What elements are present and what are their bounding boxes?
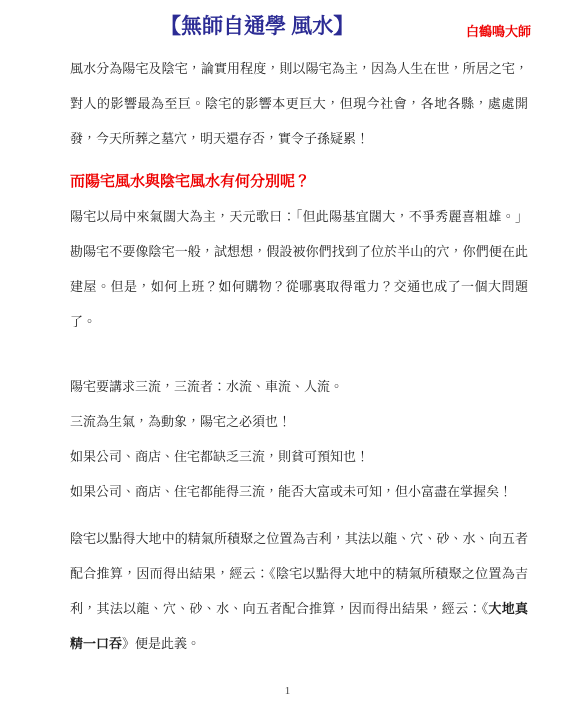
- paragraph-three-flows-4: 如果公司、商店、住宅都能得三流，能否大富或未可知，但小富盡在掌握矣！: [70, 474, 528, 509]
- page-title: 【無師自通學 風水】: [160, 12, 354, 40]
- paragraph-intro: 風水分為陽宅及陰宅，論實用程度，則以陽宅為主，因為人生在世，所居之宅，對人的影響…: [70, 51, 528, 156]
- paragraph-yin-zhai: 陰宅以點得大地中的精氣所積聚之位置為吉利，其法以龍、穴、砂、水、向五者配合推算，…: [70, 521, 528, 661]
- paragraph-yang-zhai: 陽宅以局中來氣闊大為主，天元歌曰：「但此陽基宜闊大，不爭秀麗喜粗雄。」勘陽宅不要…: [70, 199, 528, 339]
- paragraph-three-flows-1: 陽宅要講求三流，三流者：水流、車流、人流。: [70, 369, 528, 404]
- yin-zhai-text: 陰宅以點得大地中的精氣所積聚之位置為吉利，其法以龍、穴、砂、水、向五者配合推算，…: [70, 531, 528, 616]
- yin-zhai-closing-text: 》便是此義。: [122, 636, 200, 651]
- paragraph-three-flows-3: 如果公司、商店、住宅都缺乏三流，則貧可預知也！: [70, 439, 528, 474]
- author-name: 白鶴鳴大師: [466, 24, 531, 40]
- paragraph-three-flows-2: 三流為生氣，為動象，陽宅之必須也！: [70, 404, 528, 439]
- page-number: 1: [0, 684, 575, 698]
- document-page: 【無師自通學 風水】 白鶴鳴大師 風水分為陽宅及陰宅，論實用程度，則以陽宅為主，…: [0, 0, 575, 710]
- section-heading: 而陽宅風水與陰宅風水有何分別呢？: [70, 172, 528, 192]
